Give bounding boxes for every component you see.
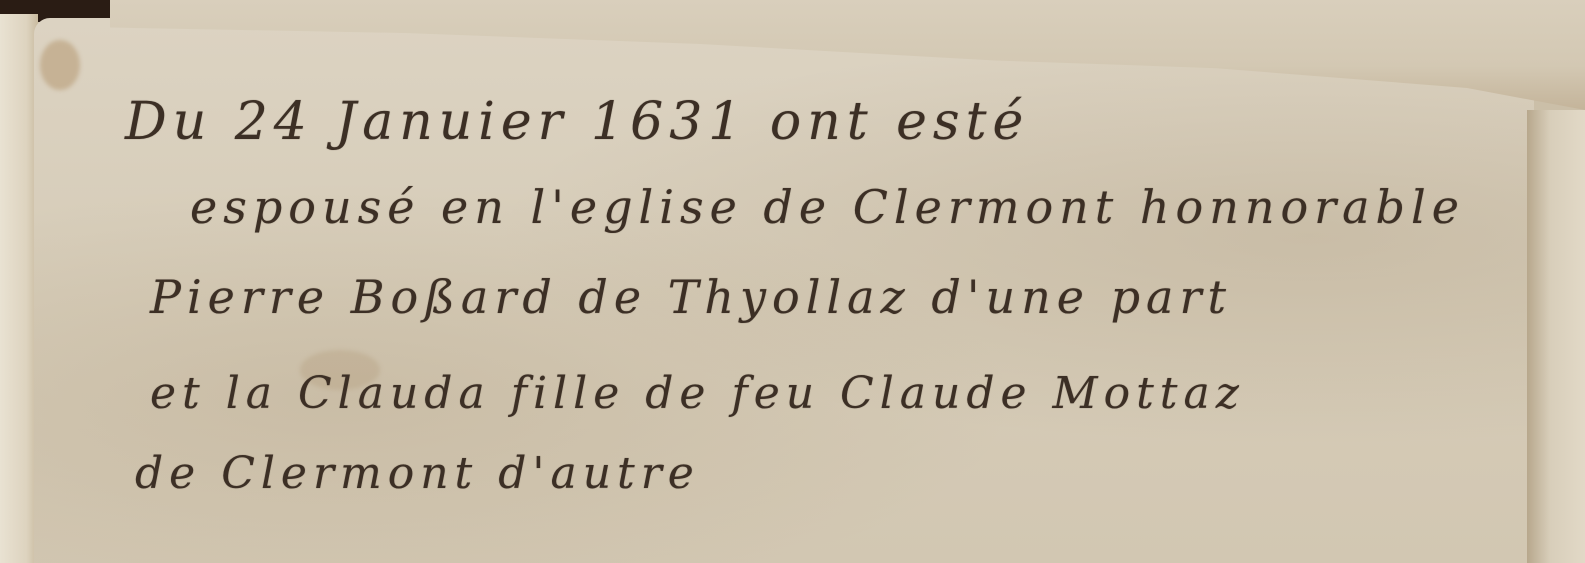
entry-line-1-date: Du 24 Januier 1631 ont esté	[125, 92, 1029, 152]
right-page-edge	[1527, 110, 1585, 563]
entry-line-4-bride: et la Clauda fille de feu Claude Mottaz	[150, 368, 1245, 419]
stain-mark	[40, 40, 80, 90]
entry-line-2-church: espousé en l'eglise de Clermont honnorab…	[190, 180, 1465, 234]
left-page-edge	[0, 14, 38, 563]
entry-line-5-origin: de Clermont d'autre	[135, 448, 700, 499]
entry-line-3-groom: Pierre Boßard de Thyollaz d'une part	[150, 270, 1232, 324]
manuscript-scan: Du 24 Januier 1631 ont esté espousé en l…	[0, 0, 1585, 563]
